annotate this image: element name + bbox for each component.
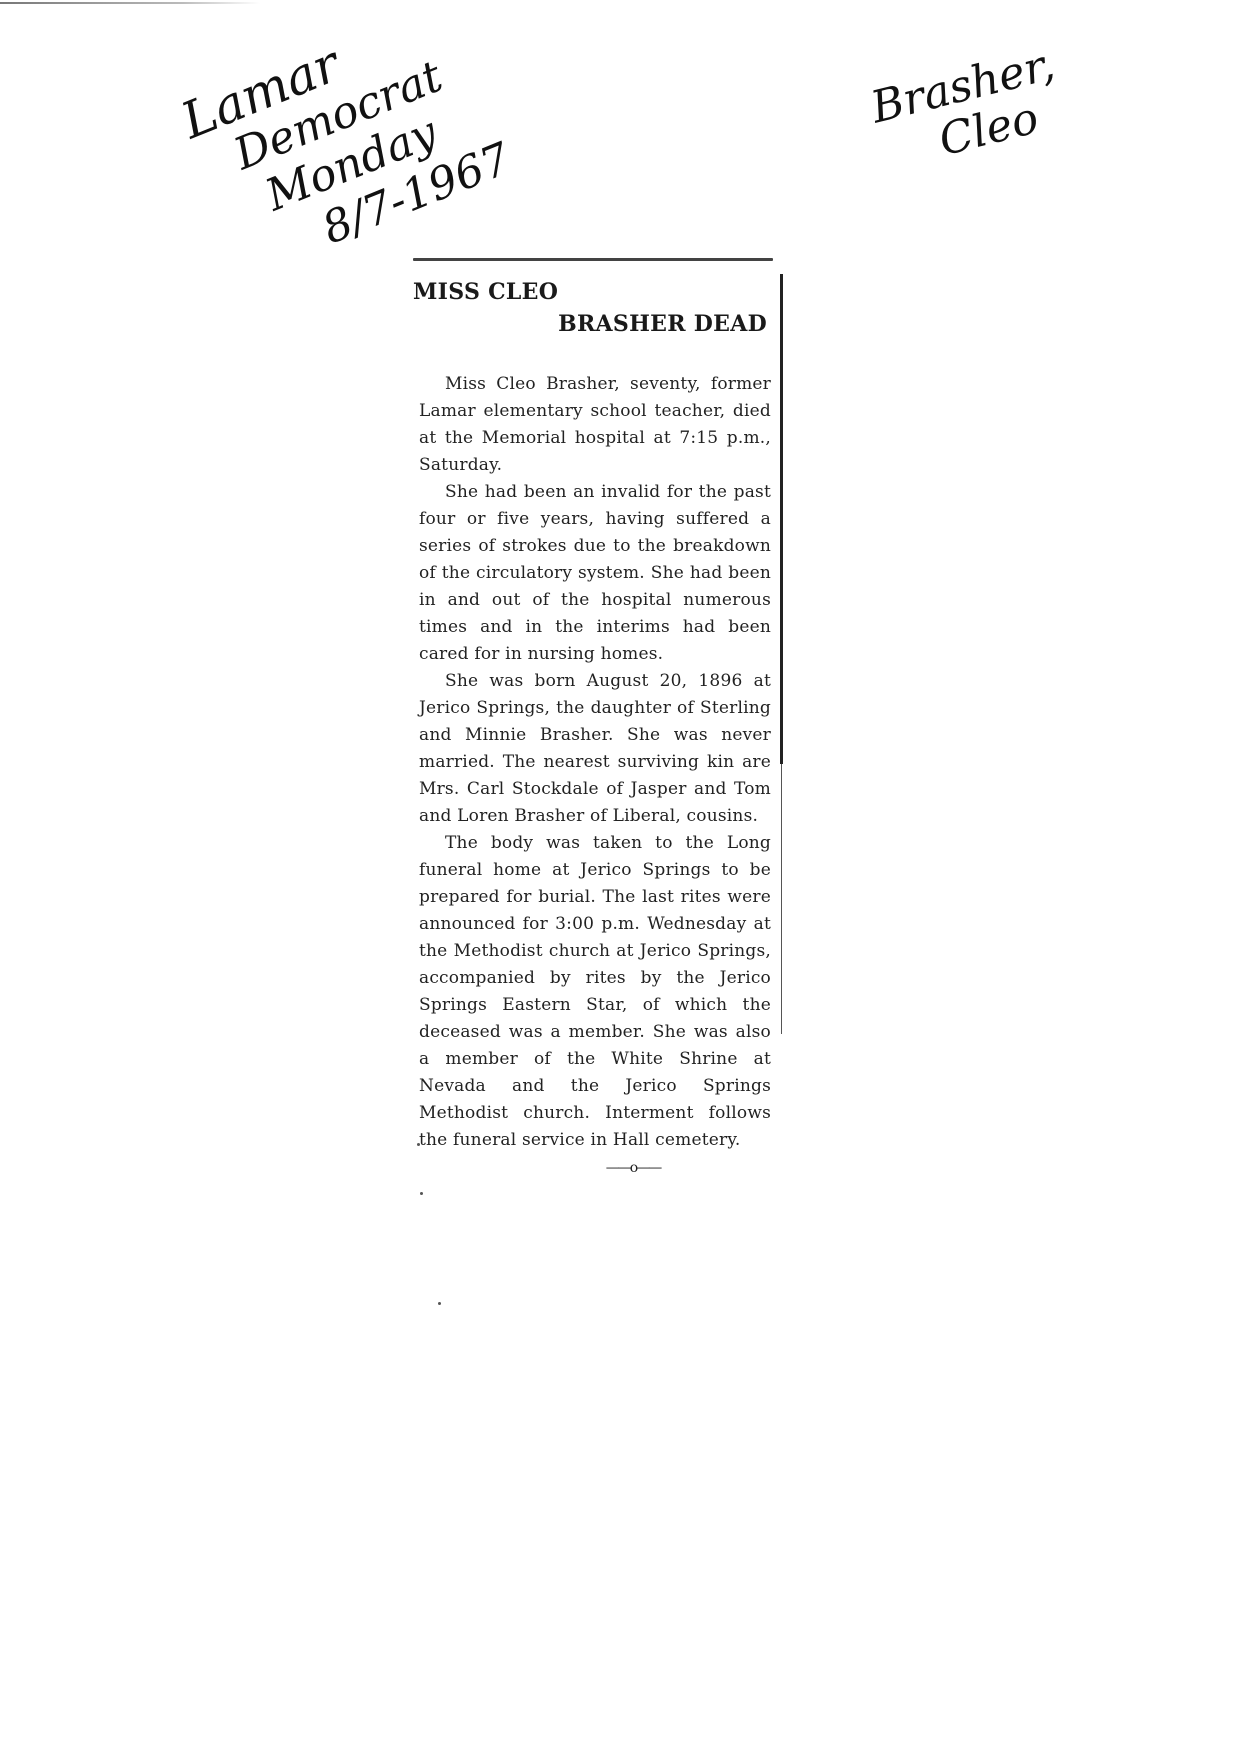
paragraph-funeral: The body was taken to the Long funeral h… <box>419 830 771 1154</box>
scan-speck <box>420 1192 423 1195</box>
headline-line-1: MISS CLEO <box>413 279 767 305</box>
paragraph-illness: She had been an invalid for the past fou… <box>419 479 771 668</box>
obituary-headline: MISS CLEO BRASHER DEAD <box>413 279 767 337</box>
paragraph-death-notice: Miss Cleo Brasher, seventy, former Lamar… <box>419 371 771 479</box>
column-right-rule-thin <box>781 764 782 1034</box>
handwritten-source-note: Lamar Democrat Monday 8/7-1967 <box>175 0 517 285</box>
column-right-rule <box>780 274 783 764</box>
newspaper-clipping: MISS CLEO BRASHER DEAD Miss Cleo Brasher… <box>413 258 783 1176</box>
obituary-body: Miss Cleo Brasher, seventy, former Lamar… <box>419 371 771 1154</box>
handwritten-name-note: Brasher, Cleo <box>867 43 1070 177</box>
end-mark-divider: ——o—— <box>483 1160 783 1176</box>
paragraph-family: She was born August 20, 1896 at Jerico S… <box>419 668 771 830</box>
column-top-rule <box>413 258 773 261</box>
scan-speck <box>417 1143 420 1146</box>
scan-edge-line <box>0 2 260 4</box>
headline-line-2: BRASHER DEAD <box>413 311 767 337</box>
scan-speck <box>438 1302 441 1305</box>
